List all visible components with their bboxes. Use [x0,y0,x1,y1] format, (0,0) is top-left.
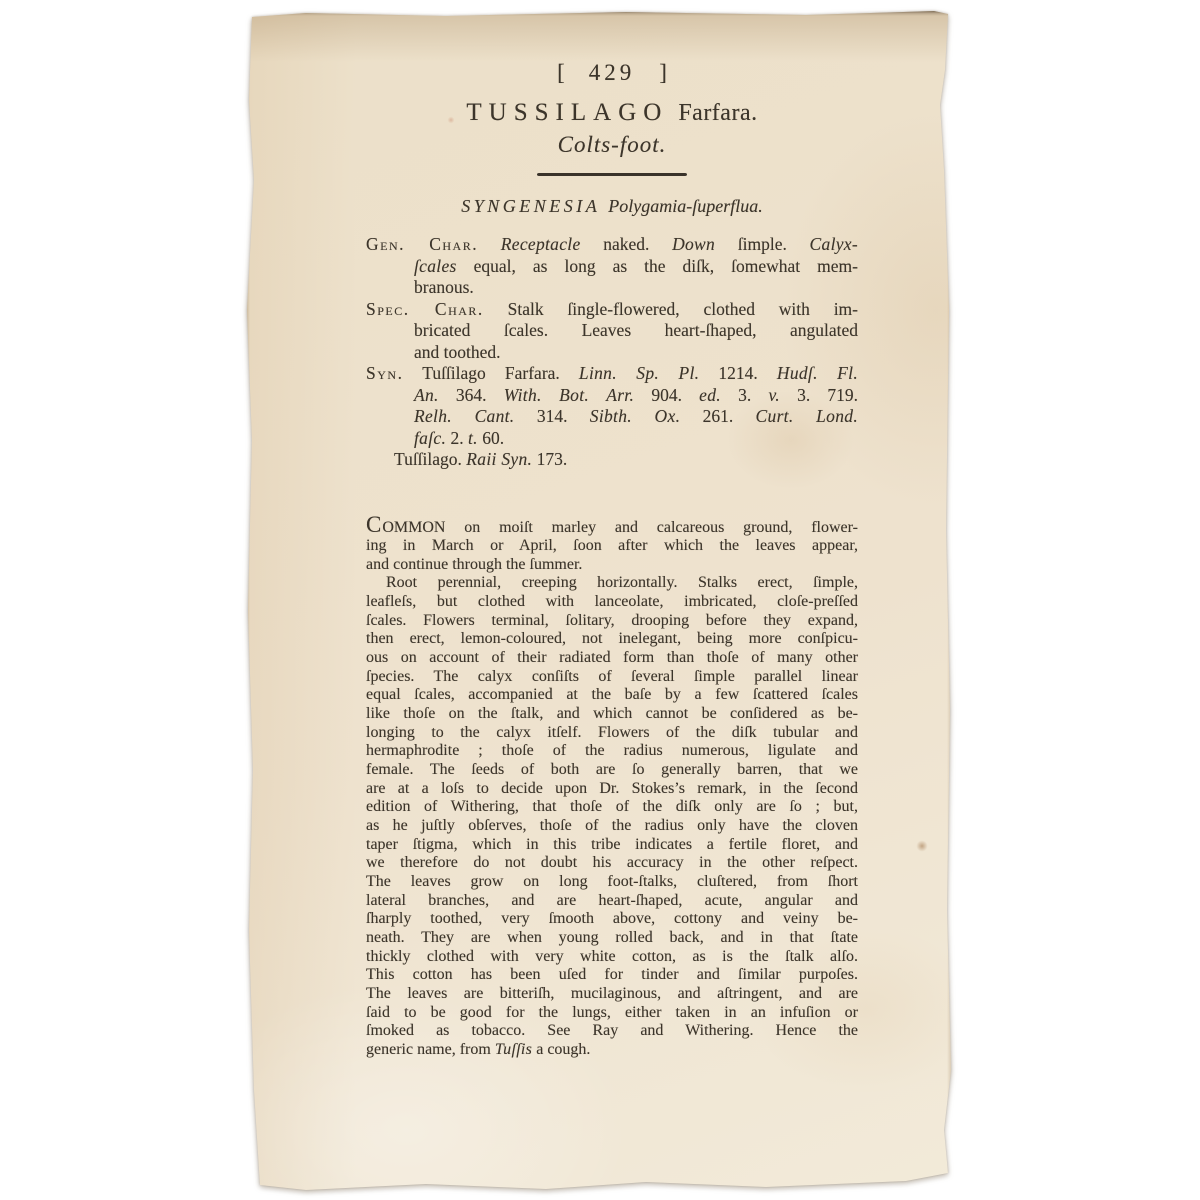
text-line: Root perennial, creeping horizontally. S… [366,574,858,593]
text-line: generic name, from Tuſſis a cough. [366,1041,858,1060]
common-name: Colts-foot. [366,132,858,158]
body-paragraph-1: COMMON on moiſt marley and calcareous gr… [366,516,858,575]
text-line: ſharply toothed, very ſmooth above, cott… [366,910,858,929]
text-line: ing in March or April, ſoon after which … [366,537,858,556]
scan-background: [429] TUSSILAGOFarfara. Colts-foot. SYNG… [0,0,1200,1200]
text-line: branous. [414,277,858,299]
text-line: Relh. Cant. 314. Sibth. Ox. 261. Curt. L… [414,406,858,428]
page-title: TUSSILAGOFarfara. [366,99,858,127]
text-line: ſcales equal, as long as the diſk, ſomew… [414,256,858,278]
entry-spec-char: Spec. Char. Stalk ſingle-flowered, cloth… [366,299,858,364]
text-line: Tuſſilago. Raii Syn. 173. [394,449,858,471]
text-line: ſaid to be good for the lungs, either ta… [366,1004,858,1023]
paper-left-edge [246,10,250,1190]
text-line: The leaves are bitteriſh, mucilaginous, … [366,985,858,1004]
paper-wrap: [429] TUSSILAGOFarfara. Colts-foot. SYNG… [246,10,952,1190]
text-line: neath. They are when young rolled back, … [366,929,858,948]
text-line: hermaphrodite ; thoſe of the radius nume… [366,742,858,761]
text-line: then erect, lemon-coloured, not inelegan… [366,630,858,649]
text-line: and continue through the ſummer. [366,556,858,575]
book-page: [429] TUSSILAGOFarfara. Colts-foot. SYNG… [246,10,952,1190]
entry-gen-char: Gen. Char. Receptacle naked. Down ſimple… [366,234,858,299]
text-line: ſpecies. The calyx conſiſts of ſeveral ſ… [366,668,858,687]
class-name: SYNGENESIA [461,196,600,216]
divider-rule [537,173,687,176]
bracket-right: ] [659,60,667,85]
text-line: ſmoked as tobacco. See Ray and Withering… [366,1022,858,1041]
page-number: [429] [366,60,858,86]
text-line: lateral branches, and are heart-ſhaped, … [366,892,858,911]
text-line: female. The ſeeds of both are ſo general… [366,761,858,780]
text-line: An. 364. With. Bot. Arr. 904. ed. 3. v. … [414,385,858,407]
character-entries: Gen. Char. Receptacle naked. Down ſimple… [366,234,858,471]
text-line: as he juſtly obſerves, thoſe of the radi… [366,817,858,836]
text-line: equal ſcales, accompanied at the baſe by… [366,686,858,705]
text-line: like thoſe on the ſtalk, and which canno… [366,705,858,724]
text-line: longing to the calyx itſelf. Flowers of … [366,724,858,743]
text-line: taper ſtigma, which in this tribe indica… [366,836,858,855]
text-line: and toothed. [414,342,858,364]
text-line: we therefore do not doubt his accuracy i… [366,854,858,873]
paper-top-edge [246,10,952,16]
page-number-value: 429 [589,60,636,85]
text-line: bricated ſcales. Leaves heart-ſhaped, an… [414,320,858,342]
text-line: faſc. 2. t. 60. [414,428,858,450]
text-line: COMMON on moiſt marley and calcareous gr… [366,516,858,538]
entry-syn-extra: Tuſſilago. Raii Syn. 173. [366,449,858,471]
body-paragraph-2: Root perennial, creeping horizontally. S… [366,574,858,1059]
text-line: edition of Withering, that thoſe of the … [366,798,858,817]
classification-line: SYNGENESIAPolygamia-ſuperflua. [366,195,858,217]
text-line: Gen. Char. Receptacle naked. Down ſimple… [366,234,858,256]
text-line: ous on account of their radiated form th… [366,649,858,668]
bracket-left: [ [557,60,565,85]
text-line: thickly clothed with very white cotton, … [366,948,858,967]
entry-syn: Syn. Tuſſilago Farfara. Linn. Sp. Pl. 12… [366,363,858,449]
text-line: leafleſs, but clothed with lanceolate, i… [366,593,858,612]
text-line: Spec. Char. Stalk ſingle-flowered, cloth… [366,299,858,321]
genus-name: TUSSILAGO [466,99,668,126]
text-line: The leaves grow on long foot-ſtalks, clu… [366,873,858,892]
order-name: Polygamia-ſuperflua. [608,196,762,216]
text-line: ſcales. Flowers terminal, ſolitary, droo… [366,612,858,631]
species-name: Farfara. [678,100,757,126]
text-line: This cotton has been uſed for tinder and… [366,966,858,985]
paper-right-edge [947,10,952,1190]
text-line: Syn. Tuſſilago Farfara. Linn. Sp. Pl. 12… [366,363,858,385]
page-content: [429] TUSSILAGOFarfara. Colts-foot. SYNG… [366,60,858,1060]
text-line: are at a loſs to decide upon Dr. Stokes’… [366,780,858,799]
